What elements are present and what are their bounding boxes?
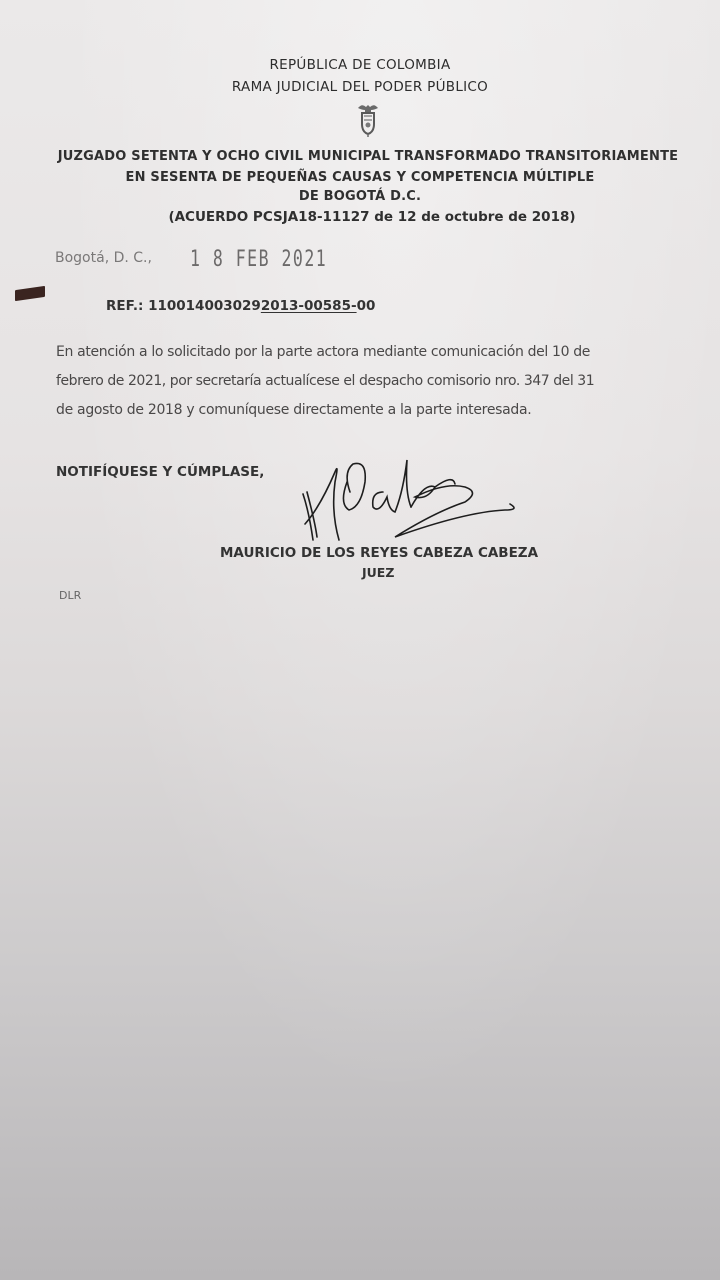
colombia-coat-of-arms-icon (356, 102, 380, 138)
body-paragraph: En atención a lo solicitado por la parte… (56, 338, 594, 425)
paper-clip-mark (15, 286, 45, 301)
date-stamp: 1 8 FEB 2021 (190, 247, 327, 272)
court-agreement: (ACUERDO PCSJA18-11127 de 12 de octubre … (12, 209, 720, 225)
court-name-line2: EN SESENTA DE PEQUEÑAS CAUSAS Y COMPETEN… (0, 170, 720, 185)
header-branch: RAMA JUDICIAL DEL PODER PÚBLICO (0, 79, 720, 95)
reference-suffix: 00 (357, 298, 376, 314)
header-country: REPÚBLICA DE COLOMBIA (0, 57, 720, 73)
reference-number: REF.: 1100140030292013-00585-00 (106, 298, 375, 314)
city-label: Bogotá, D. C., (55, 250, 152, 266)
court-name-line1: JUZGADO SETENTA Y OCHO CIVIL MUNICIPAL T… (8, 149, 720, 164)
court-name-line3: DE BOGOTÁ D.C. (0, 189, 720, 204)
body-line: febrero de 2021, por secretaría actualíc… (56, 367, 594, 396)
handwritten-signature (295, 452, 525, 552)
reference-underlined: 2013-00585- (261, 298, 357, 314)
signer-name: MAURICIO DE LOS REYES CABEZA CABEZA (220, 545, 538, 561)
typist-initials: DLR (59, 589, 81, 602)
body-line: En atención a lo solicitado por la parte… (56, 338, 594, 367)
signer-title: JUEZ (362, 565, 394, 580)
body-line: de agosto de 2018 y comuníquese directam… (56, 396, 594, 425)
closing-formula: NOTIFÍQUESE Y CÚMPLASE, (56, 464, 264, 480)
reference-prefix: 110014003029 (148, 298, 261, 314)
reference-label: REF.: (106, 298, 143, 314)
